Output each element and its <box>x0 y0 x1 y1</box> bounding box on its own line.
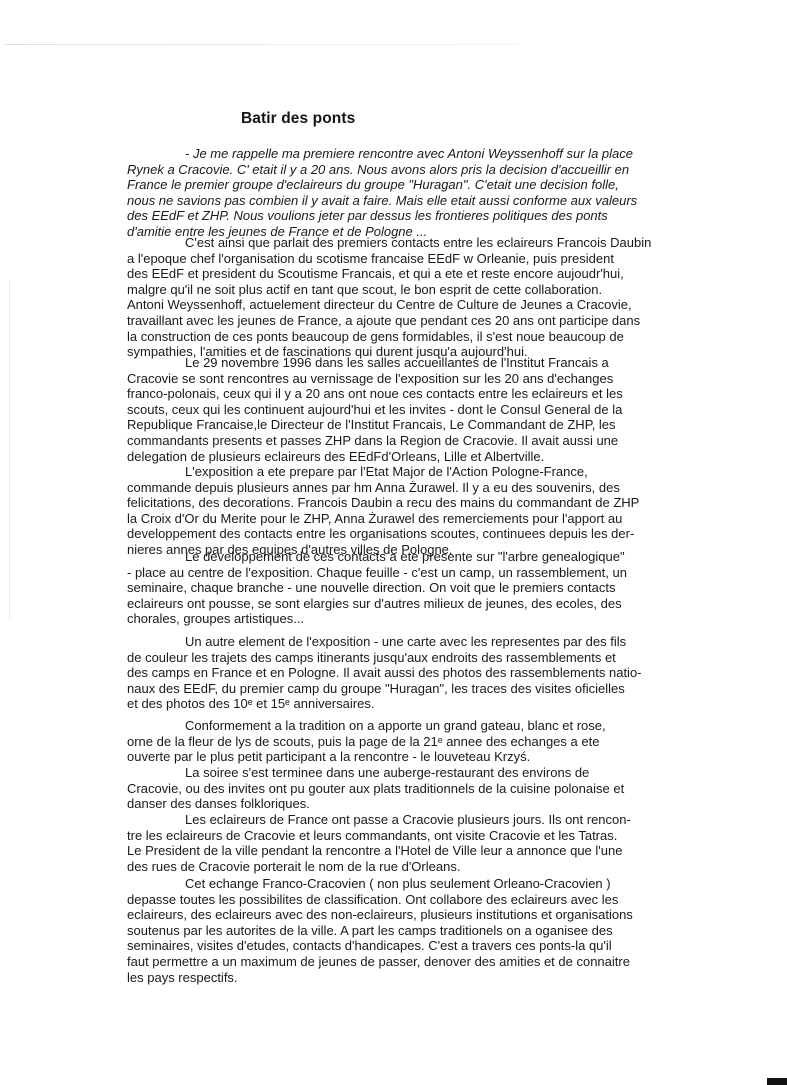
text-line: tre les eclaireurs de Cracovie et leurs … <box>127 828 631 844</box>
text-line: Conformement a la tradition on a apporte… <box>127 718 606 734</box>
text-line: seminaires, visites d'etudes, contacts d… <box>127 938 633 954</box>
paragraph: Le 29 novembre 1996 dans les salles accu… <box>127 355 623 464</box>
text-line: ouverte par le plus petit participant a … <box>127 749 606 765</box>
paragraph: Conformement a la tradition on a apporte… <box>127 718 606 765</box>
scan-edge-shadow <box>9 280 10 620</box>
text-line: Le 29 novembre 1996 dans les salles accu… <box>127 355 623 371</box>
text-line: des rues de Cracovie porterait le nom de… <box>127 859 631 875</box>
text-line: la construction de ces ponts beaucoup de… <box>127 329 651 345</box>
scan-artifact-line <box>4 44 519 45</box>
text-line: Antoni Weyssenhoff, actuelement directeu… <box>127 297 651 313</box>
text-line: danser des danses folkloriques. <box>127 796 624 812</box>
text-line: La soiree s'est terminee dans une auberg… <box>127 765 624 781</box>
text-line: felicitations, des decorations. Francois… <box>127 495 639 511</box>
document-title: Batir des ponts <box>241 110 355 128</box>
paragraph: Cet echange Franco-Cracovien ( non plus … <box>127 876 633 985</box>
scanned-page: Batir des ponts - Je me rappelle ma prem… <box>0 0 787 1085</box>
text-line: depasse toutes les possibilites de class… <box>127 892 633 908</box>
text-line: seminaire, chaque branche - une nouvelle… <box>127 580 627 596</box>
paragraph: Les eclaireurs de France ont passe a Cra… <box>127 812 631 874</box>
paragraph: Le developpement de ces contacts a ete p… <box>127 549 627 627</box>
text-line: L'exposition a ete prepare par l'Etat Ma… <box>127 464 639 480</box>
text-line: soutenus par les autorites de la ville. … <box>127 923 633 939</box>
text-line: - Je me rappelle ma premiere rencontre a… <box>127 146 637 162</box>
text-line: des camps en France et en Pologne. Il av… <box>127 665 642 681</box>
text-line: Le developpement de ces contacts a ete p… <box>127 549 627 565</box>
text-line: commande depuis plusieurs annes par hm A… <box>127 480 639 496</box>
text-line: a l'epoque chef l'organisation du scotis… <box>127 251 651 267</box>
paragraph: Un autre element de l'exposition - une c… <box>127 634 642 712</box>
text-line: orne de la fleur de lys de scouts, puis … <box>127 734 606 750</box>
text-line: C'est ainsi que parlait des premiers con… <box>127 235 651 251</box>
text-line: faut permettre a un maximum de jeunes de… <box>127 954 633 970</box>
text-line: Rynek a Cracovie. C' etait il y a 20 ans… <box>127 162 637 178</box>
text-line: naux des EEdF, du premier camp du groupe… <box>127 681 642 697</box>
text-line: et des photos des 10ᵉ et 15ᵉ anniversair… <box>127 696 642 712</box>
text-line: des EEdF et ZHP. Nous voulions jeter par… <box>127 208 637 224</box>
text-line: les pays respectifs. <box>127 970 633 986</box>
scan-corner-mark <box>767 1078 787 1085</box>
text-line: Cracovie se sont rencontres au vernissag… <box>127 371 623 387</box>
text-line: des EEdF et president du Scoutisme Franc… <box>127 266 651 282</box>
text-line: Un autre element de l'exposition - une c… <box>127 634 642 650</box>
paragraph: L'exposition a ete prepare par l'Etat Ma… <box>127 464 639 558</box>
text-line: chorales, groupes artistiques... <box>127 611 627 627</box>
text-line: la Croix d'Or du Merite pour le ZHP, Ann… <box>127 511 639 527</box>
text-line: eclaireurs, des eclaireurs avec des non-… <box>127 907 633 923</box>
text-line: malgre qu'il ne soit plus actif en tant … <box>127 282 651 298</box>
paragraph: C'est ainsi que parlait des premiers con… <box>127 235 651 360</box>
paragraph: La soiree s'est terminee dans une auberg… <box>127 765 624 812</box>
text-line: eclaireurs ont pousse, se sont elargies … <box>127 596 627 612</box>
text-line: franco-polonais, ceux qui il y a 20 ans … <box>127 386 623 402</box>
text-line: de couleur les trajets des camps itinera… <box>127 650 642 666</box>
text-line: Republique Francaise,le Directeur de l'I… <box>127 417 623 433</box>
text-line: scouts, ceux qui les continuent aujourd'… <box>127 402 623 418</box>
text-line: Les eclaireurs de France ont passe a Cra… <box>127 812 631 828</box>
text-line: developpement des contacts entre les org… <box>127 526 639 542</box>
text-line: travaillant avec les jeunes de France, a… <box>127 313 651 329</box>
text-line: - place au centre de l'exposition. Chaqu… <box>127 565 627 581</box>
text-line: Le President de la ville pendant la renc… <box>127 843 631 859</box>
paragraph: - Je me rappelle ma premiere rencontre a… <box>127 146 637 240</box>
text-line: delegation de plusieurs eclaireurs des E… <box>127 449 623 465</box>
text-line: Cet echange Franco-Cracovien ( non plus … <box>127 876 633 892</box>
text-line: France le premier groupe d'eclaireurs du… <box>127 177 637 193</box>
text-line: Cracovie, ou des invites ont pu gouter a… <box>127 781 624 797</box>
text-line: commandants presents et passes ZHP dans … <box>127 433 623 449</box>
text-line: nous ne savions pas combien il y avait a… <box>127 193 637 209</box>
